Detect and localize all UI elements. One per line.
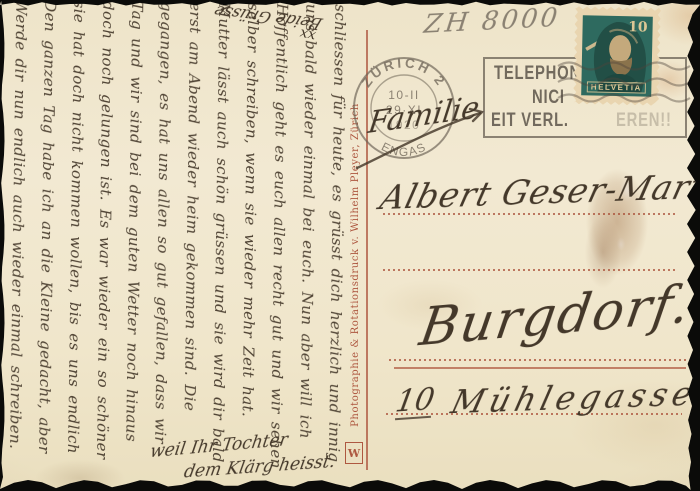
address-ruled-line-solid: [394, 367, 686, 369]
scan-background: Werde dir nun endlich auch wieder einmal…: [0, 0, 700, 491]
message-handwriting: Werde dir nun endlich auch wieder einmal…: [0, 0, 356, 476]
address-ruled-line-2: [383, 269, 677, 271]
address-street-number: 10: [393, 381, 437, 419]
postmark-town: ZÜRICH 2: [359, 55, 450, 90]
address-city: Burgdorf.: [416, 274, 696, 359]
printer-logo: W: [345, 442, 363, 464]
xx-marks: xx: [299, 25, 318, 44]
pencil-postal-code-note: ZH 8000: [422, 2, 562, 39]
postcard: Werde dir nun endlich auch wieder einmal…: [0, 0, 700, 491]
address-ruled-line-3: [389, 359, 688, 361]
slogan-line-3: EIT VERL.: [491, 110, 569, 132]
slogan-line-3-continuation: EREN!!: [616, 110, 672, 132]
address-recipient-name: Albert Geser-Martin: [376, 166, 700, 218]
cancel-wavy-lines: [556, 56, 694, 112]
stamp-value: 10: [628, 19, 648, 35]
